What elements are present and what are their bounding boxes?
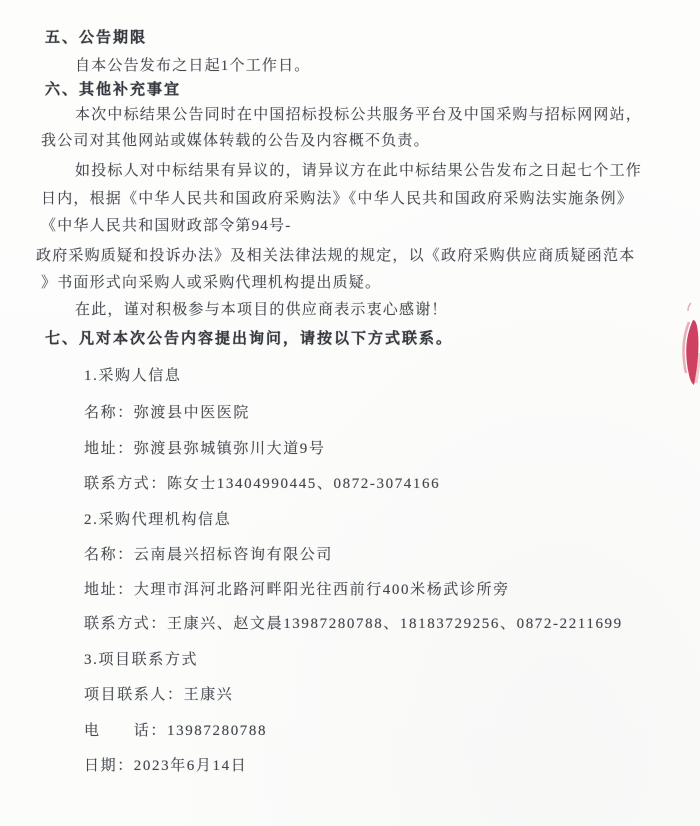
objection-para-line-3: 《中华人民共和国财政部令第94号- — [41, 216, 291, 236]
section-5-heading: 五、公告期限 — [45, 28, 147, 48]
project-contact-person: 项目联系人：王康兴 — [84, 685, 233, 705]
announcement-date: 日期：2023年6月14日 — [84, 756, 247, 776]
objection-para-line-5: 》书面形式向采购人或采购代理机构提出质疑。 — [41, 273, 381, 293]
project-contact-subheading: 3.项目联系方式 — [84, 650, 198, 670]
purchaser-address: 地址：弥渡县弥城镇弥川大道9号 — [84, 439, 326, 459]
red-seal-fragment-icon — [676, 295, 700, 395]
scanned-document-page: 五、公告期限 自本公告发布之日起1个工作日。 六、其他补充事宜 本次中标结果公告… — [0, 0, 700, 826]
objection-para-line-2: 日内，根据《中华人民共和国政府采购法》《中华人民共和国政府采购法实施条例》 — [41, 189, 633, 209]
agency-name: 名称：云南晨兴招标咨询有限公司 — [84, 545, 333, 565]
agency-info-subheading: 2.采购代理机构信息 — [84, 510, 231, 530]
supplement-para-line-1: 本次中标结果公告同时在中国招标投标公共服务平台及中国采购与招标网网站， — [75, 105, 642, 125]
supplement-para-line-2: 我公司对其他网站或媒体转载的公告及内容概不负责。 — [41, 131, 430, 151]
thanks-text: 在此，谨对积极参与本项目的供应商表示衷心感谢！ — [75, 300, 448, 320]
agency-address: 地址：大理市洱河北路河畔阳光往西前行400米杨武诊所旁 — [84, 580, 510, 600]
agency-contact: 联系方式：王康兴、赵文晨13987280788、18183729256、0872… — [84, 614, 623, 634]
section-7-heading: 七、凡对本次公告内容提出询问，请按以下方式联系。 — [45, 329, 453, 349]
notice-period-text: 自本公告发布之日起1个工作日。 — [75, 56, 311, 76]
purchaser-info-subheading: 1.采购人信息 — [84, 366, 181, 386]
section-6-heading: 六、其他补充事宜 — [45, 80, 181, 100]
purchaser-name: 名称：弥渡县中医医院 — [84, 403, 250, 423]
objection-para-line-1: 如投标人对中标结果有异议的，请异议方在此中标结果公告发布之日起七个工作 — [75, 161, 642, 181]
objection-para-line-4: 政府采购质疑和投诉办法》及相关法律法规的规定，以《政府采购供应商质疑函范本 — [36, 246, 635, 266]
project-contact-phone: 电 话：13987280788 — [84, 721, 267, 741]
purchaser-contact: 联系方式：陈女士13404990445、0872-3074166 — [84, 474, 440, 494]
